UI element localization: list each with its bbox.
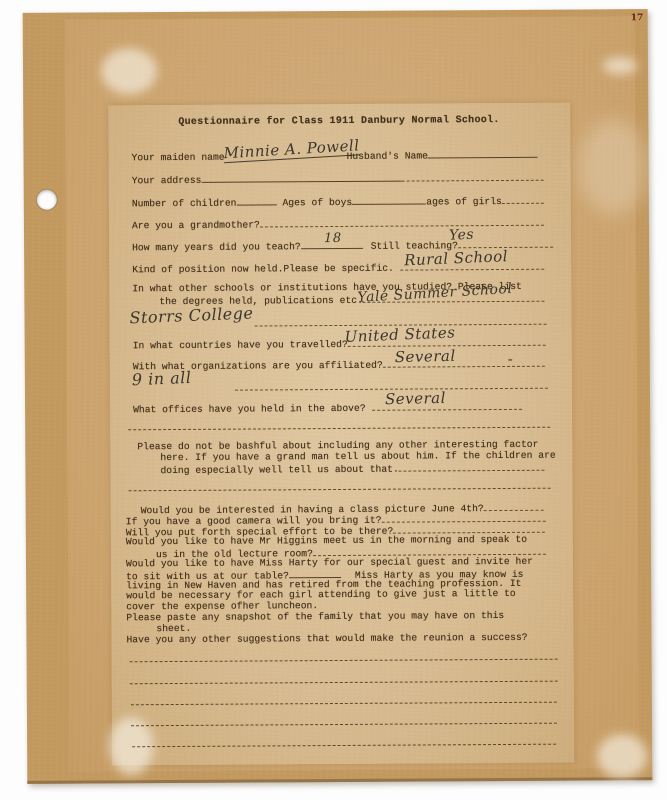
organizations-count-answer: 9 in all [132, 368, 192, 389]
ages-boys-label: Ages of boys [282, 197, 352, 208]
children-label: Number of children [132, 198, 237, 210]
years-teach-label: How many years did you teach? [132, 241, 301, 253]
address-label: Your address [132, 175, 202, 186]
husband-name-blank [428, 148, 538, 159]
page-number-mark: 17 [631, 13, 644, 23]
note-blank [399, 461, 545, 472]
ages-girls-label: ages of girls [426, 196, 502, 207]
grandmother-label: Are you a grandmother? [132, 219, 260, 231]
grandmother-blank [260, 216, 544, 228]
address-blank-2 [401, 171, 543, 182]
ages-boys-blank [352, 194, 426, 204]
organizations-count-blank [235, 379, 548, 391]
question-blank [313, 545, 546, 556]
field-row-grandmother: Are you a grandmother? [132, 216, 544, 232]
field-row-children: Number of childrenAges of boysages of gi… [132, 194, 544, 210]
address-blank-1 [201, 172, 401, 183]
scrapbook-board: 17 Questionnaire for Class 1911 Danbury … [23, 9, 653, 784]
spacer [341, 569, 355, 578]
travelled-label: In what countries have you travelled? [133, 339, 348, 351]
ages-girls-blank [502, 194, 544, 204]
question-blank [393, 523, 545, 534]
field-row-address: Your address [132, 171, 544, 187]
question-blank [289, 568, 341, 578]
still-teaching-answer: Yes [449, 227, 475, 244]
spacer [363, 240, 371, 249]
offices-label: What offices have you held in the above? [133, 403, 366, 415]
organizations-answer: Several [395, 347, 456, 366]
maiden-name-label: Your maiden name [132, 152, 225, 164]
stain-top-right [603, 57, 637, 74]
stain-top-left [101, 48, 157, 94]
position-label: Kind of position now held.Please be spec… [132, 263, 394, 276]
punch-hole [37, 190, 57, 210]
stain-right-faint [578, 119, 649, 214]
field-row-offices: What offices have you held in the above? [133, 400, 522, 415]
children-blank [236, 195, 276, 205]
note-line-3-text: doing especially well tell us about that… [160, 464, 398, 476]
questionnaire-title: Questionnaire for Class 1911 Danbury Nor… [178, 115, 499, 128]
organizations-dash: - [508, 350, 514, 368]
note-snapshot-1: Please paste any snapshot of the family … [126, 610, 504, 623]
question-blank [382, 512, 546, 523]
note-line-3: doing especially well tell us about that… [160, 461, 544, 476]
note-snapshot-2: sheet. [156, 623, 191, 634]
question-blank [484, 501, 544, 511]
field-row-travelled: In what countries have you travelled? [133, 336, 546, 352]
scanned-page: 17 Questionnaire for Class 1911 Danbury … [0, 0, 667, 800]
offices-answer: Several [385, 389, 446, 408]
stain-bottom-right [597, 734, 647, 778]
field-row-organizations: With what organizations are you affiliat… [133, 357, 545, 373]
years-taught-answer: 18 [324, 231, 342, 246]
